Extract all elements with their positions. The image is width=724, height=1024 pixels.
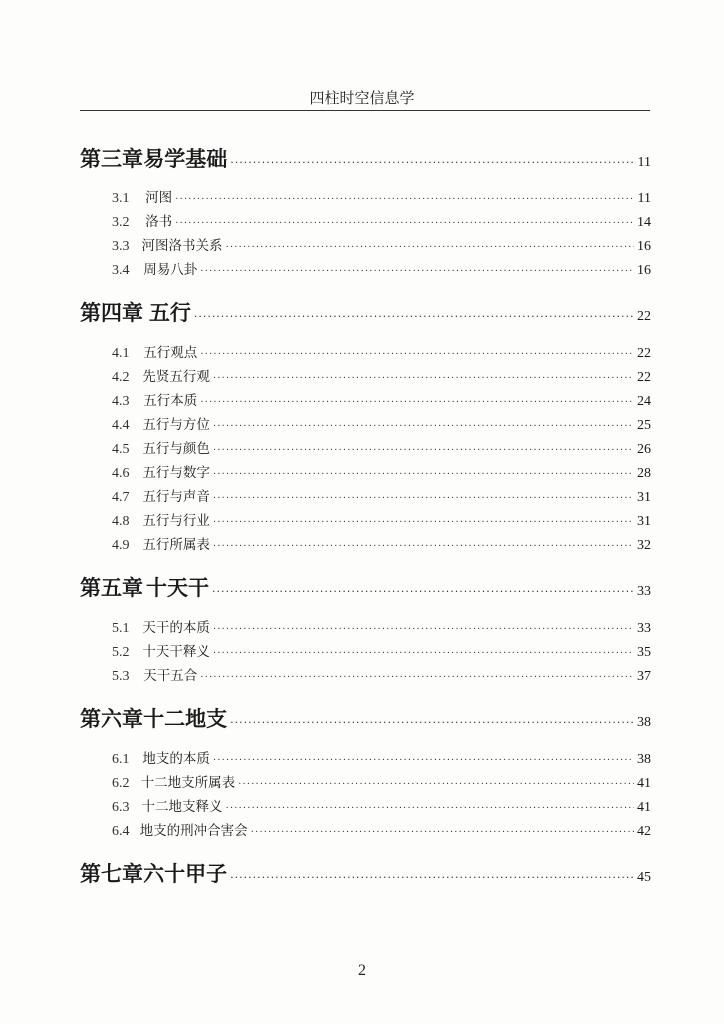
section-page-number: 31 — [637, 514, 651, 530]
section-page-number: 24 — [637, 394, 651, 410]
dot-leader — [175, 194, 634, 205]
section-title: 五行观点 — [143, 341, 197, 361]
toc-section-entry[interactable]: 4.5五行与颜色26 — [112, 437, 651, 458]
section-title: 先贤五行观 — [142, 365, 210, 385]
chapter-number: 第四章 — [80, 297, 149, 327]
dot-leader — [213, 541, 634, 552]
toc-section-entry[interactable]: 5.2十天干释义35 — [112, 640, 651, 661]
chapter-number: 第三章 — [80, 143, 143, 173]
toc-section-entry[interactable]: 4.2先贤五行观22 — [112, 365, 651, 386]
section-page-number: 41 — [637, 800, 651, 816]
section-number: 3.2 — [112, 215, 145, 231]
section-page-number: 14 — [637, 215, 651, 231]
chapter-number: 第七章 — [80, 858, 143, 888]
dot-leader — [251, 827, 634, 838]
section-title: 五行与数字 — [142, 461, 210, 481]
section-page-number: 41 — [637, 776, 651, 792]
section-page-number: 25 — [637, 418, 651, 434]
section-page-number: 32 — [637, 538, 651, 554]
section-number: 5.3 — [112, 669, 143, 685]
section-title: 五行本质 — [143, 389, 197, 409]
chapter-page-number: 38 — [637, 715, 651, 731]
dot-leader — [213, 517, 634, 528]
chapter-title: 易学基础 — [143, 143, 227, 173]
section-title: 十天干释义 — [142, 640, 210, 660]
dot-leader — [230, 871, 634, 884]
dot-leader — [194, 310, 634, 323]
toc-section-entry[interactable]: 6.3十二地支释义41 — [112, 795, 651, 816]
dot-leader — [225, 242, 634, 253]
section-title: 十二地支释义 — [141, 795, 222, 815]
toc-section-entry[interactable]: 6.4地支的刑冲合害会42 — [112, 819, 651, 840]
section-title: 天干的本质 — [142, 616, 210, 636]
section-number: 4.7 — [112, 490, 142, 506]
toc-section-entry[interactable]: 4.3五行本质24 — [112, 389, 651, 410]
dot-leader — [230, 156, 634, 169]
page-number: 2 — [0, 962, 724, 980]
section-title: 五行与颜色 — [142, 437, 210, 457]
toc-section-entry[interactable]: 3.1河图11 — [112, 186, 651, 207]
chapter-title: 五行 — [149, 297, 191, 327]
section-number: 4.4 — [112, 418, 142, 434]
section-number: 5.2 — [112, 645, 142, 661]
toc-chapter-entry[interactable]: 第四章五行22 — [80, 297, 651, 327]
section-number: 4.8 — [112, 514, 142, 530]
dot-leader — [200, 349, 634, 360]
section-title: 地支的刑冲合害会 — [140, 819, 248, 839]
section-number: 6.4 — [112, 824, 140, 840]
section-page-number: 31 — [637, 490, 651, 506]
section-page-number: 37 — [637, 669, 651, 685]
toc-section-entry[interactable]: 3.2洛书14 — [112, 210, 651, 231]
dot-leader — [213, 648, 634, 659]
section-page-number: 11 — [638, 191, 651, 207]
chapter-title: 十二地支 — [143, 703, 227, 733]
section-page-number: 22 — [637, 370, 651, 386]
toc-section-entry[interactable]: 4.4五行与方位25 — [112, 413, 651, 434]
section-page-number: 22 — [637, 346, 651, 362]
section-title: 五行与方位 — [142, 413, 210, 433]
section-number: 4.2 — [112, 370, 142, 386]
section-number: 6.2 — [112, 776, 141, 792]
dot-leader — [213, 373, 634, 384]
section-page-number: 16 — [637, 263, 651, 279]
chapter-page-number: 11 — [638, 155, 651, 171]
section-title: 河图洛书关系 — [141, 234, 222, 254]
section-title: 天干五合 — [143, 664, 197, 684]
chapter-page-number: 22 — [637, 309, 651, 325]
section-number: 4.3 — [112, 394, 143, 410]
dot-leader — [213, 469, 634, 480]
dot-leader — [213, 493, 634, 504]
dot-leader — [213, 421, 634, 432]
section-title: 河图 — [145, 186, 172, 206]
section-title: 五行与声音 — [142, 485, 210, 505]
section-page-number: 28 — [637, 466, 651, 482]
chapter-title: 十天干 — [146, 572, 209, 602]
dot-leader — [200, 397, 634, 408]
section-title: 洛书 — [145, 210, 172, 230]
chapter-number: 第五章 — [80, 572, 146, 602]
section-title: 地支的本质 — [142, 747, 210, 767]
section-page-number: 38 — [637, 752, 651, 768]
section-title: 十二地支所属表 — [141, 771, 236, 791]
dot-leader — [213, 755, 634, 766]
toc-section-entry[interactable]: 6.2十二地支所属表41 — [112, 771, 651, 792]
section-number: 4.5 — [112, 442, 142, 458]
section-number: 3.4 — [112, 263, 143, 279]
toc-section-entry[interactable]: 4.7五行与声音31 — [112, 485, 651, 506]
toc-section-entry[interactable]: 4.9五行所属表32 — [112, 533, 651, 554]
toc-section-entry[interactable]: 5.1天干的本质33 — [112, 616, 651, 637]
toc-chapter-entry[interactable]: 第七章六十甲子45 — [80, 858, 651, 888]
dot-leader — [175, 218, 634, 229]
toc-section-entry[interactable]: 3.4周易八卦16 — [112, 258, 651, 279]
toc-section-entry[interactable]: 5.3天干五合37 — [112, 664, 651, 685]
section-page-number: 26 — [637, 442, 651, 458]
section-title: 五行所属表 — [142, 533, 210, 553]
dot-leader — [225, 803, 634, 814]
section-page-number: 33 — [637, 621, 651, 637]
table-of-contents: 第三章易学基础113.1河图113.2洛书143.3河图洛书关系163.4周易八… — [0, 0, 724, 1024]
section-number: 4.9 — [112, 538, 142, 554]
toc-section-entry[interactable]: 3.3河图洛书关系16 — [112, 234, 651, 255]
section-number: 6.1 — [112, 752, 142, 768]
section-number: 3.1 — [112, 191, 145, 207]
toc-chapter-entry[interactable]: 第六章十二地支38 — [80, 703, 651, 733]
dot-leader — [200, 266, 634, 277]
dot-leader — [200, 672, 634, 683]
section-number: 3.3 — [112, 239, 141, 255]
toc-section-entry[interactable]: 6.1地支的本质38 — [112, 747, 651, 768]
section-number: 6.3 — [112, 800, 141, 816]
chapter-number: 第六章 — [80, 703, 143, 733]
section-number: 4.6 — [112, 466, 142, 482]
section-number: 5.1 — [112, 621, 142, 637]
dot-leader — [230, 716, 634, 729]
section-page-number: 16 — [637, 239, 651, 255]
toc-section-entry[interactable]: 4.8五行与行业31 — [112, 509, 651, 530]
chapter-page-number: 45 — [637, 870, 651, 886]
chapter-page-number: 33 — [637, 584, 651, 600]
chapter-title: 六十甲子 — [143, 858, 227, 888]
dot-leader — [213, 624, 634, 635]
section-page-number: 35 — [637, 645, 651, 661]
toc-chapter-entry[interactable]: 第三章易学基础11 — [80, 143, 651, 173]
section-page-number: 42 — [637, 824, 651, 840]
section-number: 4.1 — [112, 346, 143, 362]
dot-leader — [238, 779, 634, 790]
toc-section-entry[interactable]: 4.1五行观点22 — [112, 341, 651, 362]
section-title: 五行与行业 — [142, 509, 210, 529]
dot-leader — [213, 445, 634, 456]
toc-section-entry[interactable]: 4.6五行与数字28 — [112, 461, 651, 482]
toc-chapter-entry[interactable]: 第五章十天干33 — [80, 572, 651, 602]
dot-leader — [212, 585, 634, 598]
section-title: 周易八卦 — [143, 258, 197, 278]
